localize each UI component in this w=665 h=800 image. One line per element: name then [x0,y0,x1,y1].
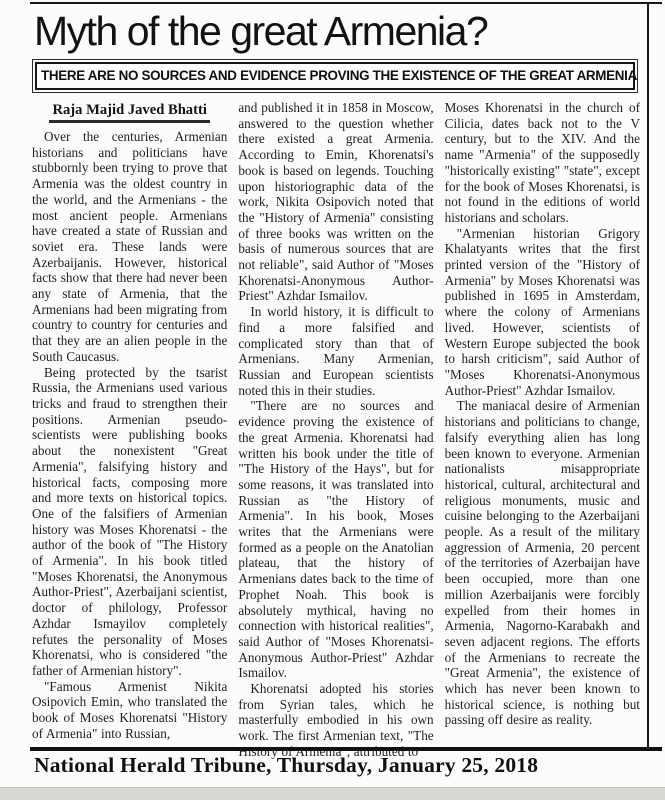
newspaper-name-date: National Herald Tribune, Thursday, Janua… [34,753,662,778]
right-border-rule [647,2,649,751]
byline: Raja Majid Javed Bhatti [49,102,209,123]
paragraph: The maniacal desire of Armenian historia… [445,398,640,728]
scan-edge-strip [0,787,665,800]
footer-rule [30,747,662,751]
paragraph: Over the centuries, Armenian historians … [32,129,227,365]
subheadline: THERE ARE NO SOURCES AND EVIDENCE PROVIN… [35,62,635,90]
paragraph: Being protected by the tsarist Russia, t… [32,365,227,679]
paragraph: "There are no sources and evidence provi… [238,398,433,681]
paragraph: "Armenian historian Grigory Khalatyants … [445,226,640,399]
top-rule [30,2,662,4]
paragraph: "Famous Armenist Nikita Osipovich Emin, … [32,679,227,742]
article: Myth of the great Armenia? THERE ARE NO … [32,8,640,760]
newspaper-footer: National Herald Tribune, Thursday, Janua… [30,747,662,778]
article-column-1: Raja Majid Javed Bhatti Over the centuri… [32,100,227,760]
article-column-3: Moses Khorenatsi in the church of Cilici… [445,100,640,760]
paragraph: and published it in 1858 in Moscow, answ… [238,100,433,304]
newspaper-page: Myth of the great Armenia? THERE ARE NO … [0,0,665,800]
byline-wrap: Raja Majid Javed Bhatti [32,101,227,123]
article-columns: Raja Majid Javed Bhatti Over the centuri… [32,100,640,760]
page-title: Myth of the great Armenia? [34,10,640,53]
paragraph: In world history, it is difficult to fin… [238,304,433,398]
subheadline-box: THERE ARE NO SOURCES AND EVIDENCE PROVIN… [32,59,638,93]
paragraph: Moses Khorenatsi in the church of Cilici… [445,100,640,226]
article-column-2: and published it in 1858 in Moscow, answ… [238,100,433,760]
